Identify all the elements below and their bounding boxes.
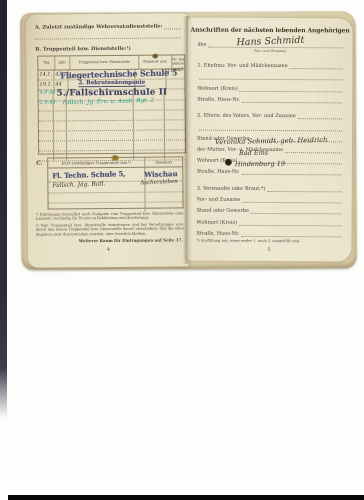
ink-blot [225, 159, 232, 166]
col-header-standort: Standort [145, 157, 182, 166]
form-row: 1. Ehefrau: Vor- und Mädchenname [197, 58, 342, 70]
form-row: Straße, Haus-Nr. [196, 225, 341, 237]
entry-date-green: 4.8.44 [40, 89, 56, 95]
owner-name-row: des Hans Schmidt [197, 40, 342, 49]
footnote-2: ²) Vom Truppenteil bzw. Dienststelle ein… [36, 222, 184, 236]
booklet-gutter-shadow [183, 16, 192, 264]
entry-date-day: 14.1. [38, 70, 54, 79]
owner-name-handwriting: Hans Schmidt [236, 35, 304, 49]
scan-dark-edge [0, 0, 7, 418]
footnote-1: ¹) Eintragung hierselbst nach Maßgabe vo… [36, 211, 184, 221]
relatives-form: 1. Ehefrau: Vor- und Mädchenname Wohnort… [196, 58, 342, 238]
scan-bottom-edge [8, 495, 364, 500]
name-caption: (Vor- und Zuname) [187, 49, 352, 54]
soldbuch-left-page: A. Zuletzt zuständige Wehrersatzdienstst… [26, 13, 189, 267]
form-row [197, 119, 342, 131]
form-row: Stand oder Gewerbe [197, 203, 342, 215]
form-row: 2. Eltern: des Vaters, Vor- und Zuname [197, 108, 342, 120]
stain-spot [111, 155, 119, 161]
section-c-label: C. [36, 161, 42, 167]
dotted-leader [164, 22, 181, 29]
soldbuch-scan-photo: A. Zuletzt zuständige Wehrersatzdienstst… [0, 0, 364, 500]
form-row: Vor- und Zuname [197, 192, 342, 204]
entry-date-green: 2.8.44 [40, 99, 56, 105]
section-b-label: B. Truppenteil bzw. Dienststelle:¹) [35, 46, 131, 53]
col-header-tag: Tag [38, 56, 55, 69]
col-header-truppenteil: Truppenteil bzw. Dienststelle [70, 56, 139, 70]
form-row: Wohnort (Kreis) [197, 80, 342, 92]
unit-stamp-fallschirmschule: 5./Fallschirmschule II [57, 87, 168, 98]
col-header-jahr: Jahr [55, 56, 70, 69]
footnote-braut: *) Ausfüllung nur, wenn weder 1. noch 2.… [196, 239, 300, 244]
des-label: des [197, 42, 206, 48]
current-unit-table: Jetzt zuständiger Truppenteil usw.²) Sta… [47, 156, 183, 209]
form-row: 3. Verwandte oder Braut:*) [197, 180, 342, 192]
wohnort-handwriting: Bad Ems [239, 149, 268, 157]
soldbuch-right-page: Anschriften der nächsten lebenden Angehö… [186, 18, 352, 262]
more-room-note: Weiterer Raum für Eintragungen auf Seite… [79, 237, 183, 243]
col-header-current-unit: Jetzt zuständiger Truppenteil usw.²) [48, 158, 145, 168]
unit-assignment-table: Tag Jahr Truppenteil bzw. Dienststelle S… [37, 54, 186, 154]
section-a-row: A. Zuletzt zuständige Wehrersatzdienstst… [35, 22, 181, 30]
page-title: Anschriften der nächsten lebenden Angehö… [188, 27, 353, 35]
section-a-label: A. Zuletzt zuständige Wehrersatzdienstst… [35, 24, 162, 31]
page-number-right: 5 [186, 247, 351, 254]
entry-date-day: 19.1. [38, 80, 54, 89]
form-row [197, 69, 342, 81]
page-number-left: 4 [28, 246, 189, 253]
dotted-line [35, 37, 181, 39]
unit-stamp-location: Wischau [144, 169, 178, 179]
dotted-line: Hans Schmidt [208, 40, 342, 49]
ink-blot [152, 54, 158, 59]
form-row: Straße, Haus-Nr. [197, 91, 342, 103]
unit-stamp-rekrutenkompanie: 2. Rekrutenkompanie [78, 80, 145, 88]
strasse-handwriting: Hindenburg 19 [235, 160, 285, 169]
form-row: Wohnort (Kreis) [197, 214, 342, 226]
